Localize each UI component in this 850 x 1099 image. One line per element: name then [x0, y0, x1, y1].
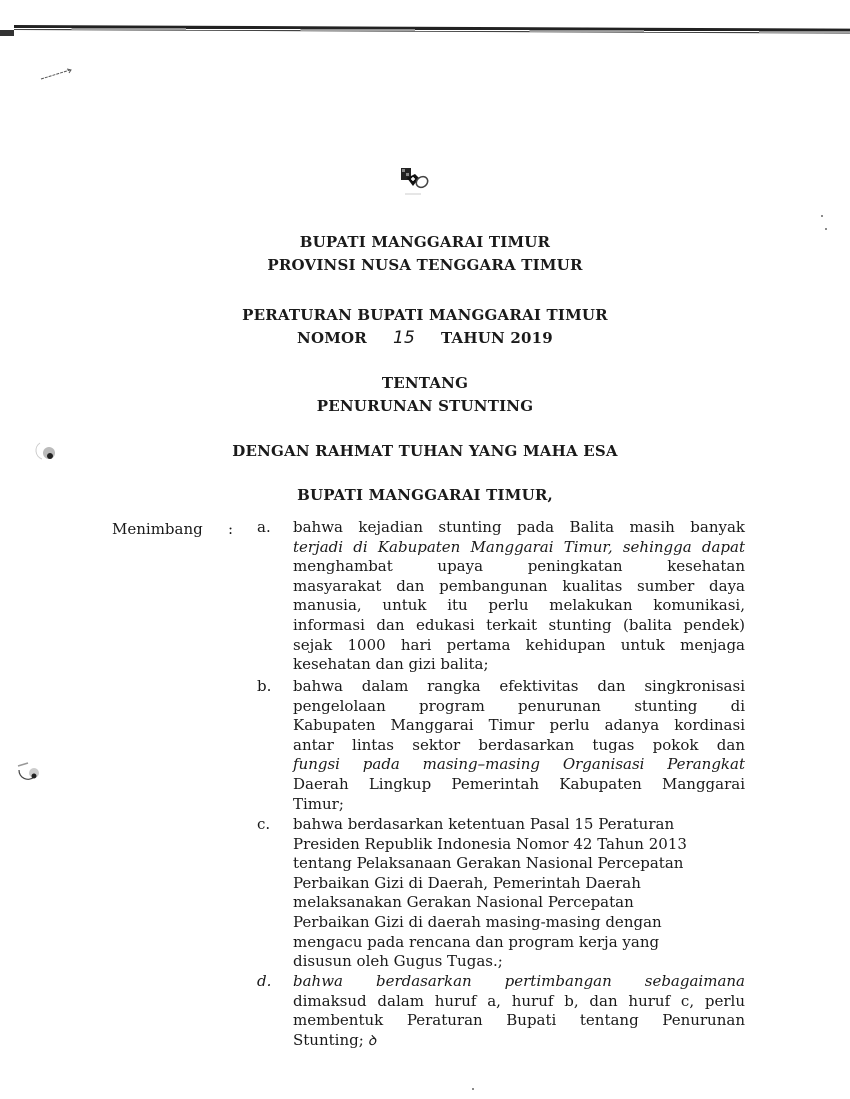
regulation-number: NOMOR15TAHUN 2019	[0, 328, 850, 348]
text-line: dimaksud dalam huruf a, huruf b, dan hur…	[293, 992, 745, 1012]
subject-label: TENTANG	[0, 374, 850, 392]
text-line: kesehatan dan gizi balita;	[293, 655, 745, 675]
item-letter: b.	[257, 677, 271, 695]
text-line: bahwa berdasarkan ketentuan Pasal 15 Per…	[293, 815, 693, 835]
text-line: terjadi di Kabupaten Manggarai Timur, se…	[293, 538, 745, 558]
scan-speck	[821, 215, 823, 217]
text-line: tentang Pelaksanaan Gerakan Nasional Per…	[293, 854, 693, 874]
item-text: bahwa dalam rangka efektivitas dan singk…	[293, 677, 745, 814]
text-line: Presiden Republik Indonesia Nomor 42 Tah…	[293, 835, 693, 855]
text-line: mengacu pada rencana dan program kerja y…	[293, 933, 693, 953]
paraf-initial-mark: ꝺ	[368, 1033, 376, 1049]
text-line: Perbaikan Gizi di Daerah, Pemerintah Dae…	[293, 874, 693, 894]
text-line: fungsi pada masing–masing Organisasi Per…	[293, 755, 745, 775]
pen-stroke-mark	[40, 68, 72, 80]
issuer-line: BUPATI MANGGARAI TIMUR,	[0, 486, 850, 504]
province-title: PROVINSI NUSA TENGGARA TIMUR	[0, 256, 850, 274]
considering-separator: :	[228, 520, 233, 538]
text-line: Stunting;ꝺ	[293, 1031, 745, 1052]
text-line: informasi dan edukasi terkait stunting (…	[293, 616, 745, 636]
nomor-label: NOMOR	[297, 329, 367, 347]
scan-speck	[825, 228, 827, 230]
text-line: sejak 1000 hari pertama kehidupan untuk …	[293, 636, 745, 656]
text-line: melaksanakan Gerakan Nasional Percepatan	[293, 893, 693, 913]
coat-of-arms-icon	[395, 160, 431, 200]
subject-title: PENURUNAN STUNTING	[0, 397, 850, 415]
text-line: bahwa berdasarkan pertimbangan sebagaima…	[293, 972, 745, 992]
item-text: bahwa kejadian stunting pada Balita masi…	[293, 518, 745, 675]
considering-label: Menimbang	[112, 520, 203, 538]
preamble: DENGAN RAHMAT TUHAN YANG MAHA ESA	[0, 442, 850, 460]
tahun-label: TAHUN 2019	[441, 329, 553, 347]
text-line: disusun oleh Gugus Tugas.;	[293, 952, 693, 972]
text-line: bahwa kejadian stunting pada Balita masi…	[293, 518, 745, 538]
item-letter: d.	[257, 972, 271, 990]
text-line: Kabupaten Manggarai Timur perlu adanya k…	[293, 716, 745, 736]
text-line: bahwa dalam rangka efektivitas dan singk…	[293, 677, 745, 697]
scan-speck	[472, 1088, 474, 1090]
text-line: pengelolaan program penurunan stunting d…	[293, 697, 745, 717]
regulation-title: PERATURAN BUPATI MANGGARAI TIMUR	[0, 306, 850, 324]
text-line: masyarakat dan pembangunan kualitas sumb…	[293, 577, 745, 597]
issuer-title: BUPATI MANGGARAI TIMUR	[0, 233, 850, 251]
scan-top-rule	[14, 25, 850, 34]
text-fragment: Stunting;	[293, 1031, 364, 1049]
text-line: Perbaikan Gizi di daerah masing-masing d…	[293, 913, 693, 933]
nomor-value: 15	[393, 328, 415, 348]
text-line: Timur;	[293, 795, 745, 815]
text-line: menghambat upaya peningkatan kesehatan	[293, 557, 745, 577]
item-letter: a.	[257, 518, 271, 536]
item-letter: c.	[257, 815, 270, 833]
text-line: antar lintas sektor berdasarkan tugas po…	[293, 736, 745, 756]
text-line: membentuk Peraturan Bupati tentang Penur…	[293, 1011, 745, 1031]
item-text: bahwa berdasarkan ketentuan Pasal 15 Per…	[293, 815, 693, 972]
scan-edge-mark	[0, 30, 14, 36]
item-text: bahwa berdasarkan pertimbangan sebagaima…	[293, 972, 745, 1051]
punch-hole-mark	[14, 760, 40, 782]
text-line: Daerah Lingkup Pemerintah Kabupaten Mang…	[293, 775, 745, 795]
text-line: manusia, untuk itu perlu melakukan komun…	[293, 596, 745, 616]
